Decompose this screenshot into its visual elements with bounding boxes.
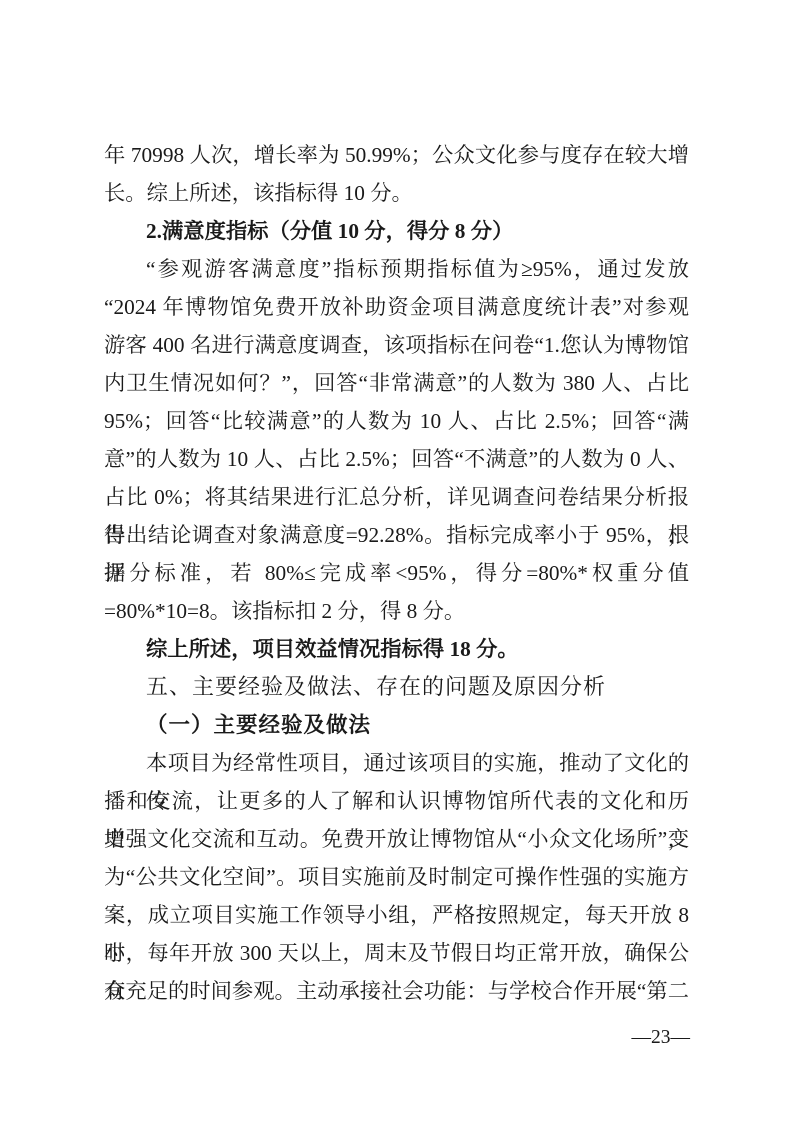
text-line: 五、主要经验及做法、存在的问题及原因分析 (104, 668, 689, 706)
text-line: 有充足的时间参观。主动承接社会功能：与学校合作开展“第二 (104, 972, 689, 1010)
text-line: 得出结论调查对象满意度=92.28%。指标完成率小于 95%，根据 (104, 516, 689, 554)
text-line: 95%；回答“比较满意”的人数为 10 人、占比 2.5%；回答“满 (104, 402, 689, 440)
text-line: 为“公共文化空间”。项目实施前及时制定可操作性强的实施方 (104, 858, 689, 896)
text-line: 时，每年开放 300 天以上，周末及节假日均正常开放，确保公众 (104, 934, 689, 972)
text-line: “2024 年博物馆免费开放补助资金项目满意度统计表”对参观 (104, 288, 689, 326)
text-line: 2.满意度指标（分值 10 分，得分 8 分） (104, 212, 689, 250)
text-line: 长。综上所述，该指标得 10 分。 (104, 174, 689, 212)
text-line: 占比 0%；将其结果进行汇总分析，详见调查问卷结果分析报告， (104, 478, 689, 516)
text-line: 案，成立项目实施工作领导小组，严格按照规定，每天开放 8 小 (104, 896, 689, 934)
text-line: 内卫生情况如何？”，回答“非常满意”的人数为 380 人、占比 (104, 364, 689, 402)
text-line: “参观游客满意度”指标预期指标值为≥95%，通过发放 (104, 250, 689, 288)
text-line: =80%*10=8。该指标扣 2 分，得 8 分。 (104, 592, 689, 630)
text-line: 游客 400 名进行满意度调查，该项指标在问卷“1.您认为博物馆 (104, 326, 689, 364)
text-line: 本项目为经常性项目，通过该项目的实施，推动了文化的传 (104, 744, 689, 782)
document-body: 年 70998 人次，增长率为 50.99%；公众文化参与度存在较大增长。综上所… (104, 136, 689, 1010)
text-line: （一）主要经验及做法 (104, 706, 689, 744)
text-line: 年 70998 人次，增长率为 50.99%；公众文化参与度存在较大增 (104, 136, 689, 174)
text-line: 意”的人数为 10 人、占比 2.5%；回答“不满意”的人数为 0 人、 (104, 440, 689, 478)
text-line: 评分标准，若 80%≤完成率<95%，得分=80%*权重分值 (104, 554, 689, 592)
document-page: 年 70998 人次，增长率为 50.99%；公众文化参与度存在较大增长。综上所… (0, 0, 793, 1122)
text-line: 增强文化交流和互动。免费开放让博物馆从“小众文化场所”变 (104, 820, 689, 858)
text-line: 播和交流，让更多的人了解和认识博物馆所代表的文化和历史， (104, 782, 689, 820)
text-line: 综上所述，项目效益情况指标得 18 分。 (104, 630, 689, 668)
page-number: —23— (632, 1025, 691, 1051)
